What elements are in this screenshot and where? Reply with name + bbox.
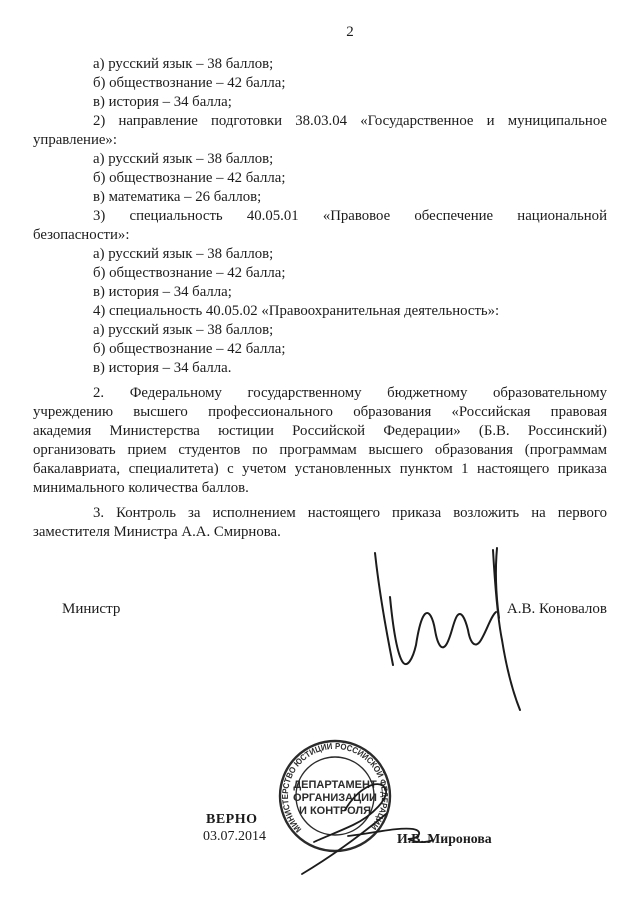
text-line: организовать прием студентов по программ… bbox=[33, 441, 607, 460]
text-line: минимального количества баллов. bbox=[33, 479, 607, 498]
verno-label: ВЕРНО bbox=[206, 812, 258, 828]
text-line: 2) направление подготовки 38.03.04 «Госу… bbox=[33, 112, 607, 131]
text-line: безопасности»: bbox=[33, 226, 607, 245]
text-line: б) обществознание – 42 балла; bbox=[33, 169, 607, 188]
text-line: а) русский язык – 38 баллов; bbox=[33, 321, 607, 340]
document-body: а) русский язык – 38 баллов;б) обществоз… bbox=[33, 55, 607, 542]
minister-signature bbox=[355, 540, 535, 720]
text-line: б) обществознание – 42 балла; bbox=[33, 264, 607, 283]
text-line: 3. Контроль за исполнением настоящего пр… bbox=[33, 504, 607, 523]
text-line: 3) специальность 40.05.01 «Правовое обес… bbox=[33, 207, 607, 226]
minister-role-label: Министр bbox=[33, 600, 120, 619]
text-line: а) русский язык – 38 баллов; bbox=[33, 150, 607, 169]
document-page: 2 а) русский язык – 38 баллов;б) обществ… bbox=[0, 0, 640, 905]
text-line: в) история – 34 балла; bbox=[33, 283, 607, 302]
certification-date: 03.07.2014 bbox=[203, 829, 266, 845]
text-line: академия Министерства юстиции Российской… bbox=[33, 422, 607, 441]
certifier-signature bbox=[290, 772, 440, 877]
text-line: б) обществознание – 42 балла; bbox=[33, 340, 607, 359]
text-line: а) русский язык – 38 баллов; bbox=[33, 245, 607, 264]
text-line: 4) специальность 40.05.02 «Правоохраните… bbox=[33, 302, 607, 321]
text-line: б) обществознание – 42 балла; bbox=[33, 74, 607, 93]
page-number: 2 bbox=[330, 24, 370, 41]
text-line: в) история – 34 балла; bbox=[33, 93, 607, 112]
text-line: в) история – 34 балла. bbox=[33, 359, 607, 378]
text-line: управление»: bbox=[33, 131, 607, 150]
text-line: в) математика – 26 баллов; bbox=[33, 188, 607, 207]
text-line: 2. Федеральному государственному бюджетн… bbox=[33, 384, 607, 403]
text-line: а) русский язык – 38 баллов; bbox=[33, 55, 607, 74]
text-line: учреждению высшего профессионального обр… bbox=[33, 403, 607, 422]
text-line: бакалавриата, специалитета) с учетом уст… bbox=[33, 460, 607, 479]
